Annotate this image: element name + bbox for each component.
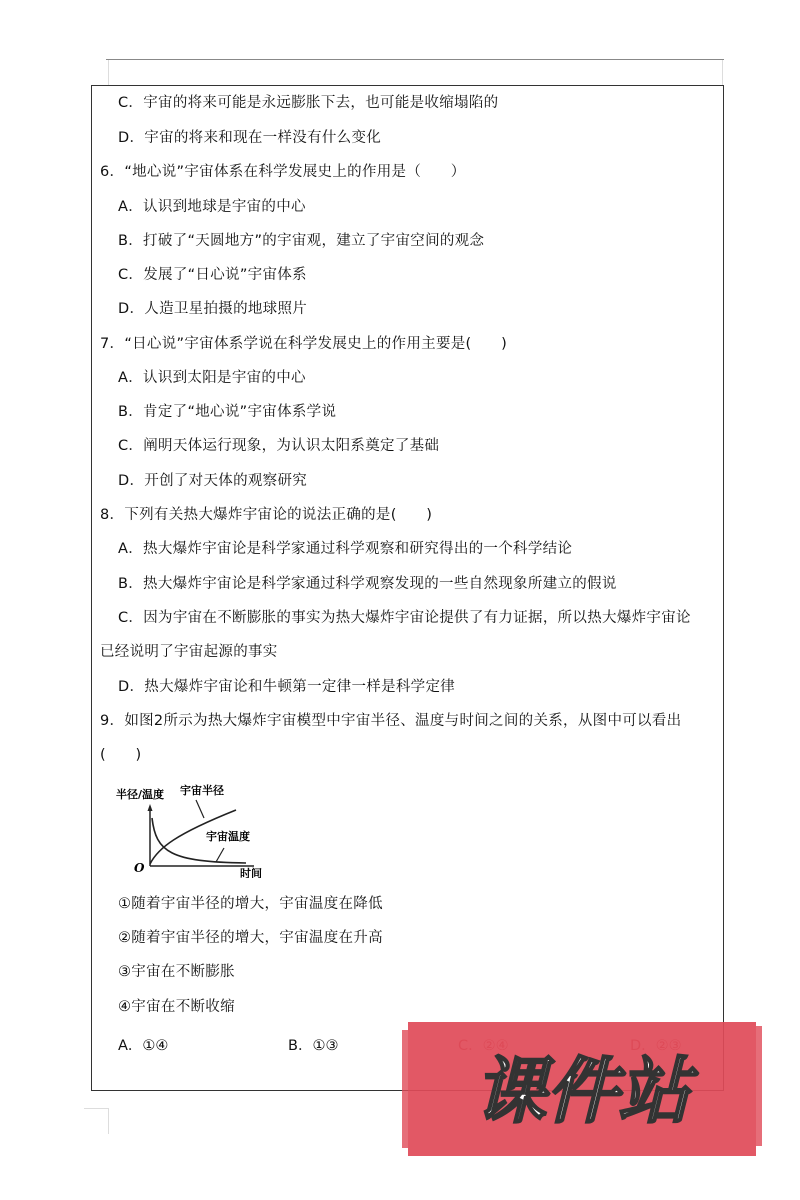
text-line-q7a: A．认识到太阳是宇宙的中心 (118, 369, 306, 387)
page-corner-mark (84, 1108, 108, 1109)
graph-radius-label: 宇宙半径 (180, 783, 224, 797)
text-line-q9: 9．如图2所示为热大爆炸宇宙模型中宇宙半径、温度与时间之间的关系，从图中可以看出 (100, 712, 681, 730)
watermark-text: 课件站 (474, 1049, 699, 1133)
graph-origin: O (134, 861, 145, 875)
graph-ylabel: 半径/温度 (116, 787, 164, 801)
text-line-q8c1: C．因为宇宙在不断膨胀的事实为热大爆炸宇宙论提供了有力证据，所以热大爆炸宇宙论 (118, 609, 691, 627)
page-header-line (106, 59, 724, 60)
text-line-s3: ③宇宙在不断膨胀 (118, 963, 235, 981)
text-line-q7b: B．肯定了“地心说”宇宙体系学说 (118, 403, 336, 421)
text-line-q5d: D．宇宙的将来和现在一样没有什么变化 (118, 129, 381, 147)
radius-temperature-graph: 半径/温度 宇宙半径 宇宙温度 O 时间 (116, 778, 276, 878)
page-corner-mark (108, 60, 109, 86)
text-line-q8: 8．下列有关热大爆炸宇宙论的说法正确的是( ) (100, 506, 432, 524)
text-line-q6d: D．人造卫星拍摄的地球照片 (118, 300, 307, 318)
text-line-q9paren: ( ) (100, 746, 142, 764)
text-line-q8a: A．热大爆炸宇宙论是科学家通过科学观察和研究得出的一个科学结论 (118, 540, 572, 558)
option-b: B．①③ (288, 1034, 338, 1055)
text-line-s4: ④宇宙在不断收缩 (118, 998, 235, 1016)
text-line-q8d: D．热大爆炸宇宙论和牛顿第一定律一样是科学定律 (118, 678, 455, 696)
text-line-q7d: D．开创了对天体的观察研究 (118, 472, 307, 490)
page-corner-mark (722, 60, 723, 86)
text-line-q6: 6．“地心说”宇宙体系在科学发展史上的作用是（ ） (100, 163, 466, 181)
option-a: A．①④ (118, 1034, 168, 1055)
text-line-q7c: C．阐明天体运行现象，为认识太阳系奠定了基础 (118, 437, 439, 455)
text-line-s1: ①随着宇宙半径的增大，宇宙温度在降低 (118, 895, 383, 913)
text-line-q6a: A．认识到地球是宇宙的中心 (118, 198, 306, 216)
text-line-q5c: C．宇宙的将来可能是永远膨胀下去，也可能是收缩塌陷的 (118, 94, 498, 112)
graph-temp-label: 宇宙温度 (206, 829, 250, 843)
text-line-q8b: B．热大爆炸宇宙论是科学家通过科学观察发现的一些自然现象所建立的假说 (118, 575, 617, 593)
watermark-stamp: 课件站 (402, 1016, 762, 1164)
text-line-q8c2: 已经说明了宇宙起源的事实 (100, 643, 278, 661)
graph-xlabel: 时间 (240, 866, 262, 878)
text-line-q6b: B．打破了“天圆地方”的宇宙观，建立了宇宙空间的观念 (118, 232, 484, 250)
text-line-q7: 7．“日心说”宇宙体系学说在科学发展史上的作用主要是( ) (100, 335, 507, 353)
text-line-s2: ②随着宇宙半径的增大，宇宙温度在升高 (118, 929, 383, 947)
page-corner-mark (108, 1108, 109, 1134)
text-line-q6c: C．发展了“日心说”宇宙体系 (118, 266, 307, 284)
